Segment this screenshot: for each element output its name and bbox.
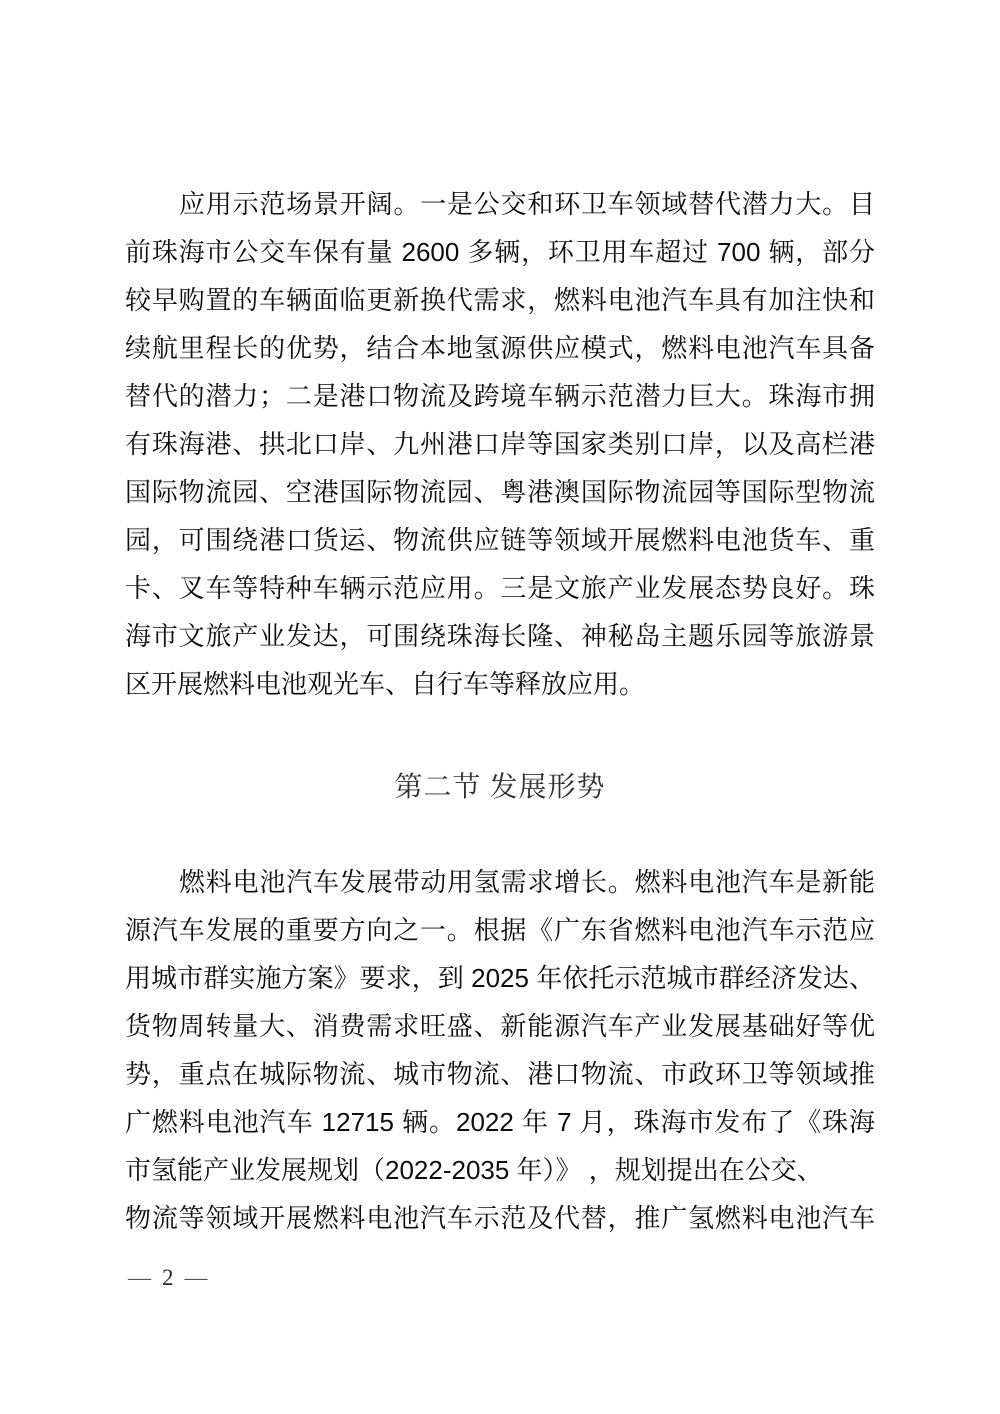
paragraph-line: 较早购置的车辆面临更新换代需求，燃料电池汽车具有加注快和 (125, 276, 875, 324)
paragraph-line: 区开展燃料电池观光车、自行车等释放应用。 (125, 660, 875, 708)
paragraph-line: 货物周转量大、消费需求旺盛、新能源汽车产业发展基础好等优 (125, 1002, 875, 1050)
paragraph-line: 有珠海港、拱北口岸、九州港口岸等国家类别口岸，以及高栏港 (125, 420, 875, 468)
section-heading: 第二节 发展形势 (0, 764, 1000, 812)
paragraph-line: 卡、叉车等特种车辆示范应用。三是文旅产业发展态势良好。珠 (125, 564, 875, 612)
paragraph-line: 燃料电池汽车发展带动用氢需求增长。燃料电池汽车是新能 (125, 858, 875, 906)
paragraph-line: 前珠海市公交车保有量 2600 多辆，环卫用车超过 700 辆，部分 (125, 228, 875, 276)
page-footer: —2— (128, 1262, 208, 1294)
paragraph-line: 源汽车发展的重要方向之一。根据《广东省燃料电池汽车示范应 (125, 906, 875, 954)
page-number-dash-left: — (128, 1265, 151, 1290)
page-number: 2 (162, 1265, 174, 1290)
document-page: 应用示范场景开阔。一是公交和环卫车领域替代潜力大。目 前珠海市公交车保有量 26… (0, 0, 1000, 1414)
paragraph-application-scenarios: 应用示范场景开阔。一是公交和环卫车领域替代潜力大。目 前珠海市公交车保有量 26… (125, 180, 875, 708)
paragraph-line: 续航里程长的优势，结合本地氢源供应模式，燃料电池汽车具备 (125, 324, 875, 372)
paragraph-line: 国际物流园、空港国际物流园、粤港澳国际物流园等国际型物流 (125, 468, 875, 516)
paragraph-line: 替代的潜力；二是港口物流及跨境车辆示范潜力巨大。珠海市拥 (125, 372, 875, 420)
paragraph-line: 海市文旅产业发达，可围绕珠海长隆、神秘岛主题乐园等旅游景 (125, 612, 875, 660)
paragraph-development-situation: 燃料电池汽车发展带动用氢需求增长。燃料电池汽车是新能 源汽车发展的重要方向之一。… (125, 858, 875, 1242)
paragraph-line: 广燃料电池汽车 12715 辆。2022 年 7 月，珠海市发布了《珠海 (125, 1098, 875, 1146)
paragraph-line: 势，重点在城际物流、城市物流、港口物流、市政环卫等领域推 (125, 1050, 875, 1098)
page-number-dash-right: — (185, 1265, 208, 1290)
paragraph-line: 市氢能产业发展规划（2022-2035 年）》 ，规划提出在公交、 (125, 1146, 875, 1194)
paragraph-line: 园，可围绕港口货运、物流供应链等领域开展燃料电池货车、重 (125, 516, 875, 564)
paragraph-line: 应用示范场景开阔。一是公交和环卫车领域替代潜力大。目 (125, 180, 875, 228)
paragraph-line: 用城市群实施方案》要求，到 2025 年依托示范城市群经济发达、 (125, 954, 875, 1002)
paragraph-line: 物流等领域开展燃料电池汽车示范及代替，推广氢燃料电池汽车 (125, 1194, 875, 1242)
